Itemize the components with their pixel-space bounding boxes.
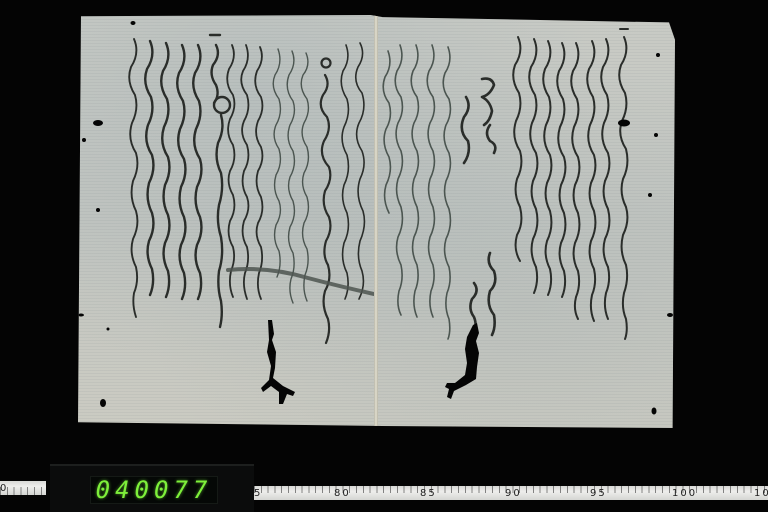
right-page-calligraphy [378, 15, 675, 428]
ruler-label: 80 [334, 488, 351, 499]
frame-counter-value: 040077 [96, 476, 213, 504]
manuscript-right-page [378, 15, 675, 428]
frame-counter-display: 040077 [90, 476, 218, 504]
frame-counter-housing: 040077 [50, 464, 254, 512]
ruler-label: 5 [254, 488, 262, 499]
ruler-label: 95 [590, 488, 607, 499]
ruler-label: 90 [505, 488, 522, 499]
left-page-calligraphy [78, 15, 374, 428]
wormhole-damage [261, 320, 295, 404]
measuring-ruler-left: 0 [0, 481, 46, 495]
manuscript-sheet [78, 15, 675, 428]
ruler-label: 10 [754, 488, 768, 499]
manuscript-left-page [78, 15, 374, 428]
ruler-label: 100 [672, 488, 697, 499]
photo-stage: 0 040077 5 80 85 90 95 100 10 [0, 0, 768, 512]
measuring-ruler-right: 5 80 85 90 95 100 10 [254, 486, 768, 500]
ink-smear [228, 269, 374, 294]
ruler-label: 85 [420, 488, 437, 499]
wormhole-damage [445, 323, 479, 399]
ruler-label: 0 [0, 483, 8, 494]
